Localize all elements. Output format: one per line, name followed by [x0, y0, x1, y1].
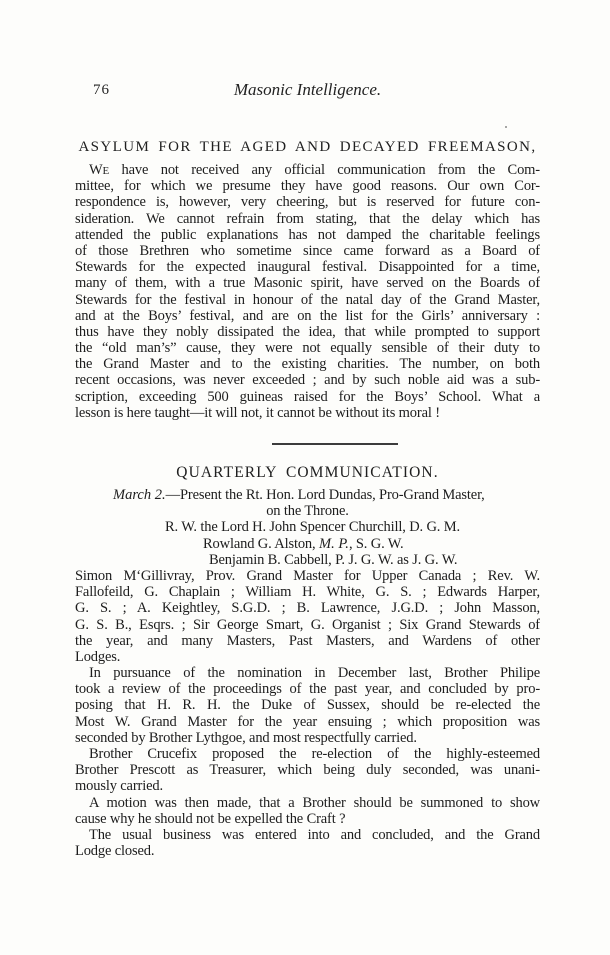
text-line: Most W. Grand Master for the year ensuin…: [75, 714, 540, 730]
text-line: Lodges.: [75, 649, 540, 665]
text-line: G. S. ; A. Keightley, S.G.D. ; B. Lawren…: [75, 600, 540, 616]
section-heading-quarterly: QUARTERLY COMMUNICATION.: [75, 464, 540, 482]
text-line: Brother Crucefix proposed the re-electio…: [75, 746, 540, 762]
text-line: In pursuance of the nomination in Decemb…: [75, 665, 540, 681]
quarterly-paragraphs: March 2.—Present the Rt. Hon. Lord Dunda…: [75, 487, 540, 859]
section-heading-asylum: ASYLUM FOR THE AGED AND DECAYED FREEMASO…: [75, 139, 540, 156]
text-line: Benjamin B. Cabbell, P. J. G. W. as J. G…: [75, 552, 540, 568]
text-line: The usual business was entered into and …: [75, 827, 540, 843]
text-line: on the Throne.: [75, 503, 540, 519]
text-line: recent occasions, was never exceeded ; a…: [75, 372, 540, 388]
scanned-document-page: 76 Masonic Intelligence. ASYLUM FOR THE …: [0, 0, 610, 955]
page-header: 76 Masonic Intelligence.: [75, 80, 540, 102]
text-line: scription, exceeding 500 guineas raised …: [75, 389, 540, 405]
text-line: respondence is, however, very cheering, …: [75, 194, 540, 210]
scan-speck: [505, 126, 507, 128]
text-line: March 2.—Present the Rt. Hon. Lord Dunda…: [75, 487, 540, 503]
text-line: sideration. We cannot refrain from stati…: [75, 211, 540, 227]
text-line: and at the Boys’ festival, and are on th…: [75, 308, 540, 324]
text-line: R. W. the Lord H. John Spencer Churchill…: [75, 519, 540, 535]
text-line: the “old man’s” cause, they were not equ…: [75, 340, 540, 356]
text-line: thus have they nobly dissipated the idea…: [75, 324, 540, 340]
text-line: Lodge closed.: [75, 843, 540, 859]
text-line: the Grand Master and to the existing cha…: [75, 356, 540, 372]
text-line: seconded by Brother Lythgoe, and most re…: [75, 730, 540, 746]
text-line: took a review of the proceedings of the …: [75, 681, 540, 697]
text-line: posing that H. R. H. the Duke of Sussex,…: [75, 697, 540, 713]
text-line: lesson is here taught—it will not, it ca…: [75, 405, 540, 421]
text-line: Stewards for the expected inaugural fest…: [75, 259, 540, 275]
text-line: of those Brethren who sometime since cam…: [75, 243, 540, 259]
section-divider-rule: [272, 443, 398, 445]
text-line: Simon M‘Gillivray, Prov. Grand Master fo…: [75, 568, 540, 584]
text-line: Brother Prescott as Treasurer, which bei…: [75, 762, 540, 778]
text-line: A motion was then made, that a Brother s…: [75, 795, 540, 811]
running-head-title: Masonic Intelligence.: [75, 80, 540, 100]
text-line: attended the public explanations has not…: [75, 227, 540, 243]
text-line: Fallofeild, G. Chaplain ; William H. Whi…: [75, 584, 540, 600]
text-line: WE have not received any official commun…: [75, 162, 540, 178]
text-line: Rowland G. Alston, M. P., S. G. W.: [75, 536, 540, 552]
text-line: mously carried.: [75, 778, 540, 794]
text-line: cause why he should not be expelled the …: [75, 811, 540, 827]
text-line: Stewards for the festival in honour of t…: [75, 292, 540, 308]
text-line: the year, and many Masters, Past Masters…: [75, 633, 540, 649]
asylum-paragraph: WE have not received any official commun…: [75, 162, 540, 421]
text-line: G. S. B., Esqrs. ; Sir George Smart, G. …: [75, 617, 540, 633]
text-line: many of them, with a true Masonic spirit…: [75, 275, 540, 291]
text-line: mittee, for which we presume they have g…: [75, 178, 540, 194]
